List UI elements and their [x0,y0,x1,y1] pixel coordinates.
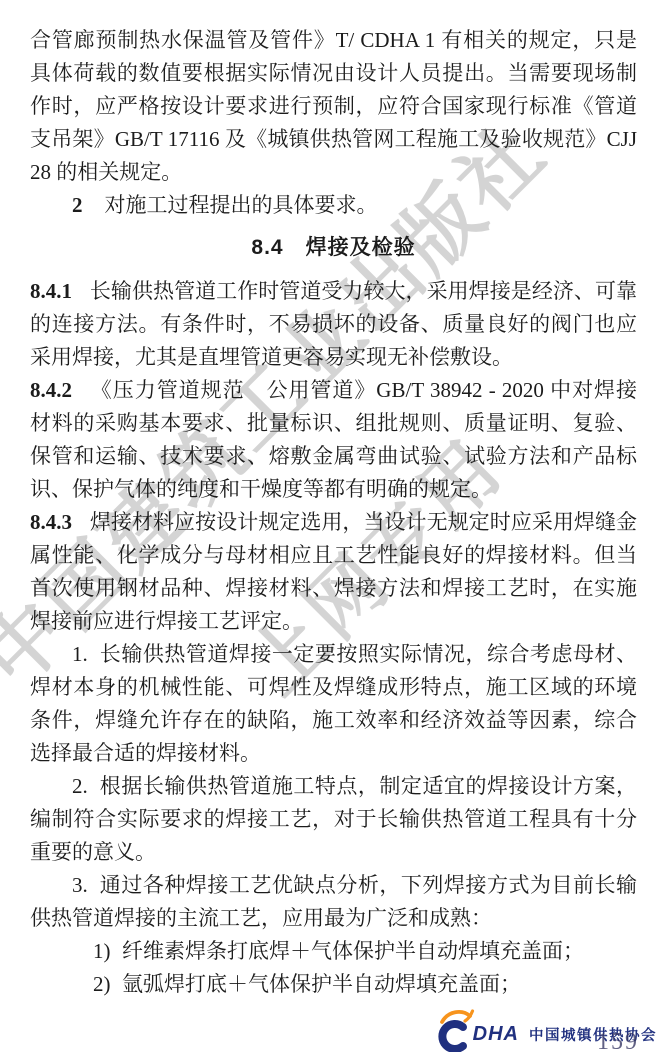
cdha-logo-name: 中国城镇供热协会 [529,1024,657,1045]
footer: DHA 中国城镇供热协会 [427,1006,657,1052]
document-page: 中国建筑工业出版社 上网专用 合管廊预制热水保温管及管件》T/ CDHA 1 有… [0,0,667,1058]
section-heading: 8.4 焊接及检验 [30,231,637,264]
paragraph-text: 长输供热管道工作时管道受力较大，采用焊接是经济、可靠的连接方法。有条件时，不易损… [30,279,637,369]
paragraph-text: 合管廊预制热水保温管及管件》T/ CDHA 1 有相关的规定，只是具体荷载的数值… [30,28,637,184]
clause-paragraph: 8.4.2《压力管道规范 公用管道》GB/T 38942 - 2020 中对焊接… [30,374,637,506]
cdha-logo-icon [427,1006,479,1052]
paragraph-label: 8.4.2 [30,378,72,402]
paragraph-text: 焊接材料应按设计规定选用，当设计无规定时应采用焊缝金属性能、化学成分与母材相应且… [30,510,637,633]
clause-paragraph: 8.4.1长输供热管道工作时管道受力较大，采用焊接是经济、可靠的连接方法。有条件… [30,275,637,374]
paragraph-label: 8.4.1 [30,279,72,303]
paragraph-label: 2. [72,774,88,798]
paragraph-label: 2) [93,972,111,996]
paragraph-text: 对施工过程提出的具体要求。 [105,193,378,217]
item-paragraph: 2.根据长输供热管道施工特点，制定适宜的焊接设计方案，编制符合实际要求的焊接工艺… [30,770,637,869]
paragraph-label: 1) [93,939,111,963]
cdha-logo-acronym: DHA [473,1023,519,1046]
subitem-paragraph: 1)纤维素焊条打底焊＋气体保护半自动焊填充盖面； [30,935,637,968]
paragraph-label: 1. [72,642,88,666]
page-content: 合管廊预制热水保温管及管件》T/ CDHA 1 有相关的规定，只是具体荷载的数值… [30,24,637,1001]
paragraph-text: 纤维素焊条打底焊＋气体保护半自动焊填充盖面； [122,939,584,963]
paragraph-label: 8.4.3 [30,510,72,534]
item-paragraph: 1.长输供热管道焊接一定要按照实际情况，综合考虑母材、焊材本身的机械性能、可焊性… [30,638,637,770]
paragraph-text: 根据长输供热管道施工特点，制定适宜的焊接设计方案，编制符合实际要求的焊接工艺，对… [30,774,637,864]
paragraph-text: 氩弧焊打底＋气体保护半自动焊填充盖面； [122,972,521,996]
paragraph-label: 2 [72,193,83,217]
plain-paragraph: 合管廊预制热水保温管及管件》T/ CDHA 1 有相关的规定，只是具体荷载的数值… [30,24,637,189]
subitem-paragraph: 2)氩弧焊打底＋气体保护半自动焊填充盖面； [30,968,637,1001]
section-heading-text: 8.4 焊接及检验 [251,236,415,259]
paragraph-text: 长输供热管道焊接一定要按照实际情况，综合考虑母材、焊材本身的机械性能、可焊性及焊… [30,642,637,765]
paragraph-label: 3. [72,873,88,897]
paragraph-text: 通过各种焊接工艺优缺点分析，下列焊接方式为目前长输供热管道焊接的主流工艺，应用最… [30,873,637,930]
item-paragraph: 3.通过各种焊接工艺优缺点分析，下列焊接方式为目前长输供热管道焊接的主流工艺，应… [30,869,637,935]
item-paragraph: 2对施工过程提出的具体要求。 [30,189,637,222]
cdha-logo: DHA 中国城镇供热协会 [427,1006,657,1052]
paragraph-text: 《压力管道规范 公用管道》GB/T 38942 - 2020 中对焊接材料的采购… [30,378,637,501]
clause-paragraph: 8.4.3焊接材料应按设计规定选用，当设计无规定时应采用焊缝金属性能、化学成分与… [30,506,637,638]
